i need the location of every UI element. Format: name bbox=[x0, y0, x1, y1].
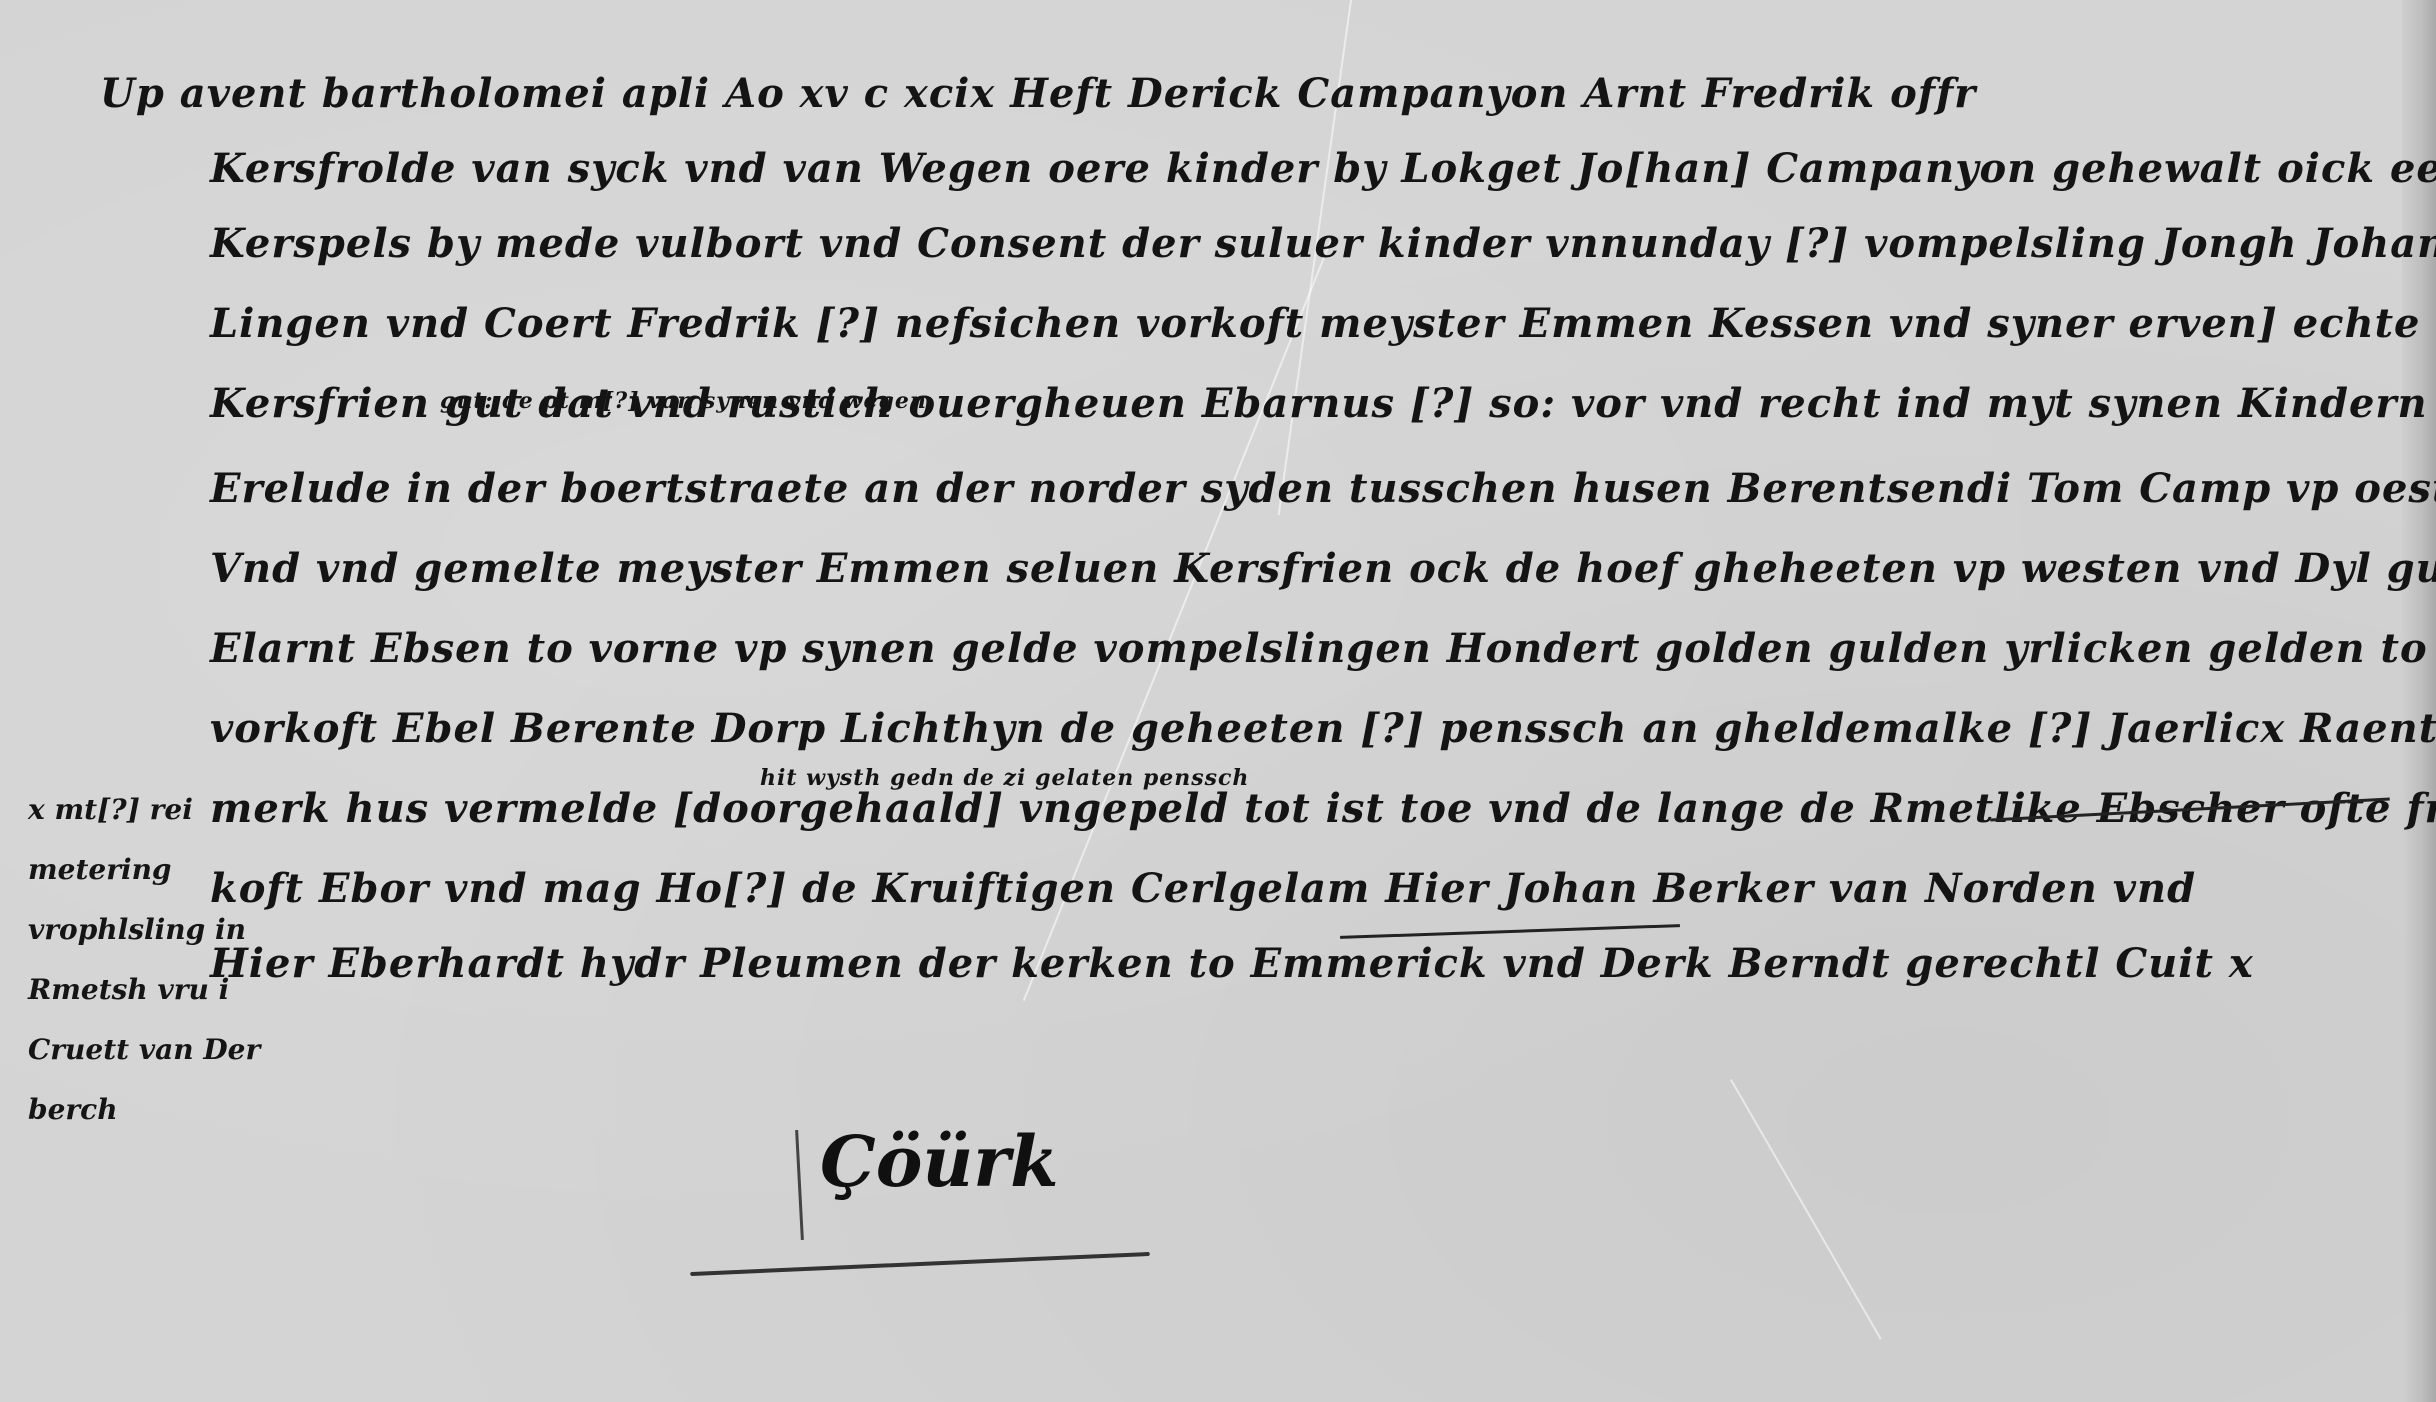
margin-line: berch bbox=[28, 1080, 268, 1140]
text-line-11: koft Ebor vnd mag Ho[?] de Kruiftigen Ce… bbox=[210, 865, 2196, 912]
margin-line: Rmetsh vru i bbox=[28, 960, 268, 1020]
margin-note: x mt[?] rei metering vrophlsling in Rmet… bbox=[28, 780, 268, 1140]
manuscript-page bbox=[0, 0, 2436, 1402]
margin-line: metering bbox=[28, 840, 268, 900]
page-edge bbox=[2402, 0, 2436, 1402]
interlinear-note: gut: de pt m[?] van synen vnd wegen bbox=[440, 388, 927, 414]
text-line-2: Kersfrolde van syck vnd van Wegen oere k… bbox=[210, 145, 2436, 192]
margin-line: x mt[?] rei bbox=[28, 780, 268, 840]
interlinear-note: hit wysth gedn de zi gelaten penssch bbox=[760, 765, 1249, 791]
text-line-4: Lingen vnd Coert Fredrik [?] nefsichen v… bbox=[210, 300, 2436, 347]
margin-line: vrophlsling in bbox=[28, 900, 268, 960]
text-line-7: Vnd vnd gemelte meyster Emmen seluen Ker… bbox=[210, 545, 2436, 592]
text-line-8: Elarnt Ebsen to vorne vp synen gelde vom… bbox=[210, 625, 2436, 672]
text-line-3: Kerspels by mede vulbort vnd Consent der… bbox=[210, 220, 2436, 267]
text-line-12: Hier Eberhardt hydr Pleumen der kerken t… bbox=[210, 940, 2254, 987]
text-line-1: Up avent bartholomei apli Ao xv c xcix H… bbox=[100, 70, 1976, 117]
text-line-6: Erelude in der boertstraete an der norde… bbox=[210, 465, 2436, 512]
margin-line: Cruett van Der bbox=[28, 1020, 268, 1080]
text-line-10: merk hus vermelde [doorgehaald] vngepeld… bbox=[210, 785, 2436, 832]
text-line-9: vorkoft Ebel Berente Dorp Lichthyn de ge… bbox=[210, 705, 2436, 752]
notary-signature: Çöürk bbox=[820, 1120, 1059, 1203]
